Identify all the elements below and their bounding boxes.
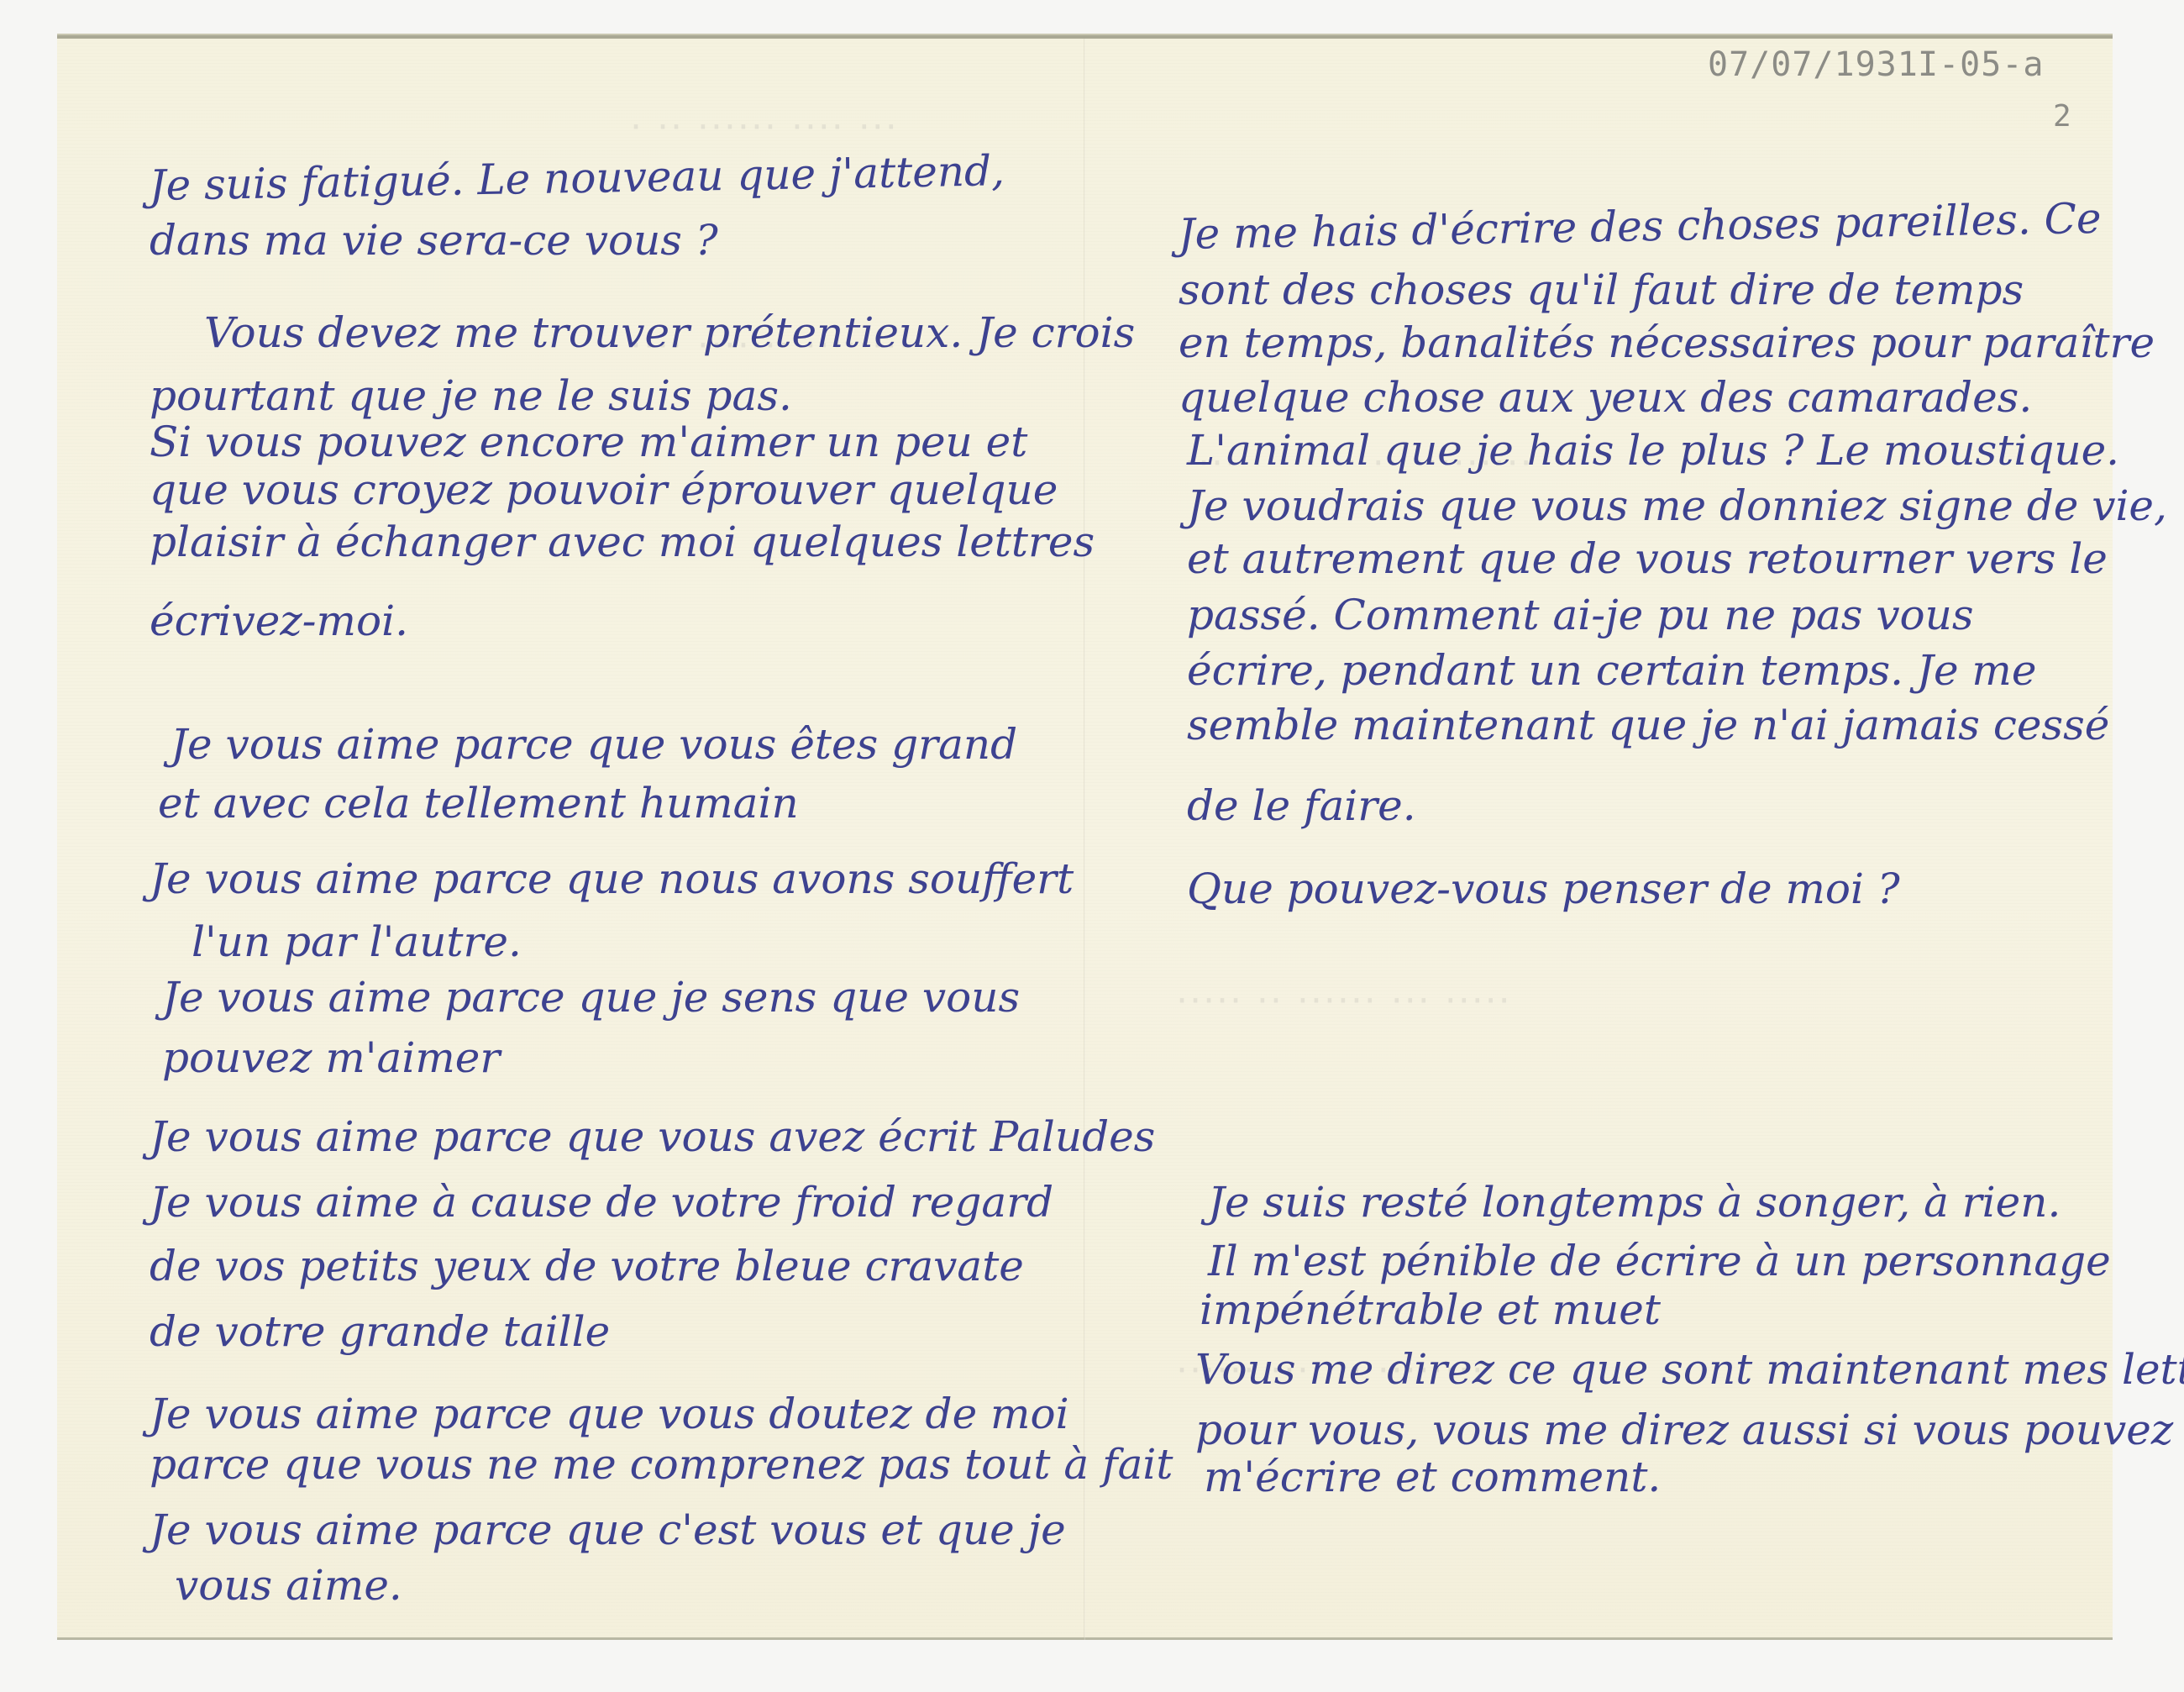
letter-line: que vous croyez pouvoir éprouver quelque [150,469,1058,511]
letter-line: passé. Comment ai-je pu ne pas vous [1187,594,1974,636]
archive-reference: I-05-a [1918,45,2045,84]
letter-line: et autrement que de vous retourner vers … [1187,538,2108,580]
letter-line: en temps, banalités nécessaires pour par… [1179,322,2155,364]
letter-line: Je vous aime parce que nous avons souffe… [150,858,1074,900]
letter-line: sont des choses qu'il faut dire de temps [1179,269,2024,311]
letter-line: quelque chose aux yeux des camarades. [1179,376,2032,418]
letter-line: Je vous aime à cause de votre froid rega… [150,1181,1053,1223]
letter-line: vous aime. [175,1564,402,1606]
letter-line: Je vous aime parce que vous avez écrit P… [150,1116,1155,1158]
center-fold [1084,39,1085,1640]
letter-line: pouvez m'aimer [162,1037,500,1079]
letter-line: Je suis fatigué. Le nouveau que j'attend… [149,150,1005,207]
letter-line: l'un par l'autre. [192,921,522,963]
letter-line: Je voudrais que vous me donniez signe de… [1187,485,2167,527]
letter-line: Vous devez me trouver prétentieux. Je cr… [204,312,1135,354]
letter-line: Je vous aime parce que vous doutez de mo… [150,1393,1069,1435]
page-number: 2 [2053,99,2072,134]
letter-line: écrire, pendant un certain temps. Je me [1187,649,2036,691]
letter-line: de le faire. [1187,785,1416,827]
bleed-through-text: ····· ··· ······ ·· ····· [1174,980,1510,1022]
letter-line: Que pouvez-vous penser de moi ? [1187,868,1900,910]
letter-line: de vos petits yeux de votre bleue cravat… [150,1245,1024,1287]
letter-line: Je suis resté longtemps à songer, à rien… [1208,1181,2061,1223]
archive-date: 07/07/1931 [1708,45,1919,84]
letter-line: de votre grande taille [150,1311,610,1353]
letter-line: parce que vous ne me comprenez pas tout … [150,1443,1173,1485]
letter-line: L'animal que je hais le plus ? Le mousti… [1187,429,2119,471]
letter-line: Vous me direz ce que sont maintenant mes… [1195,1348,2184,1390]
letter-line: plaisir à échanger avec moi quelques let… [150,521,1095,563]
letter-line: Je vous aime parce que vous êtes grand [171,723,1017,765]
letter-line: pourtant que je ne le suis pas. [150,375,792,417]
letter-line: Je vous aime parce que c'est vous et que… [150,1509,1066,1551]
letter-sheet: ··· ···· ······ ·· · ········ ······· ··… [57,35,2113,1640]
bleed-through-text: ··· ···· ······ ·· · [628,106,897,149]
letter-line: Si vous pouvez encore m'aimer un peu et [150,421,1027,463]
letter-line: pour vous, vous me direz aussi si vous p… [1195,1409,2173,1451]
letter-line: Je me hais d'écrire des choses pareilles… [1178,197,2102,255]
letter-line: et avec cela tellement humain [158,782,799,824]
letter-line: Il m'est pénible de écrire à un personna… [1208,1240,2111,1282]
letter-line: dans ma vie sera-ce vous ? [150,219,718,261]
letter-line: semble maintenant que je n'ai jamais ces… [1187,704,2109,746]
letter-line: Je vous aime parce que je sens que vous [162,976,1020,1018]
letter-line: écrivez-moi. [150,600,408,642]
letter-line: impénétrable et muet [1200,1289,1661,1331]
letter-line: m'écrire et comment. [1204,1456,1661,1498]
